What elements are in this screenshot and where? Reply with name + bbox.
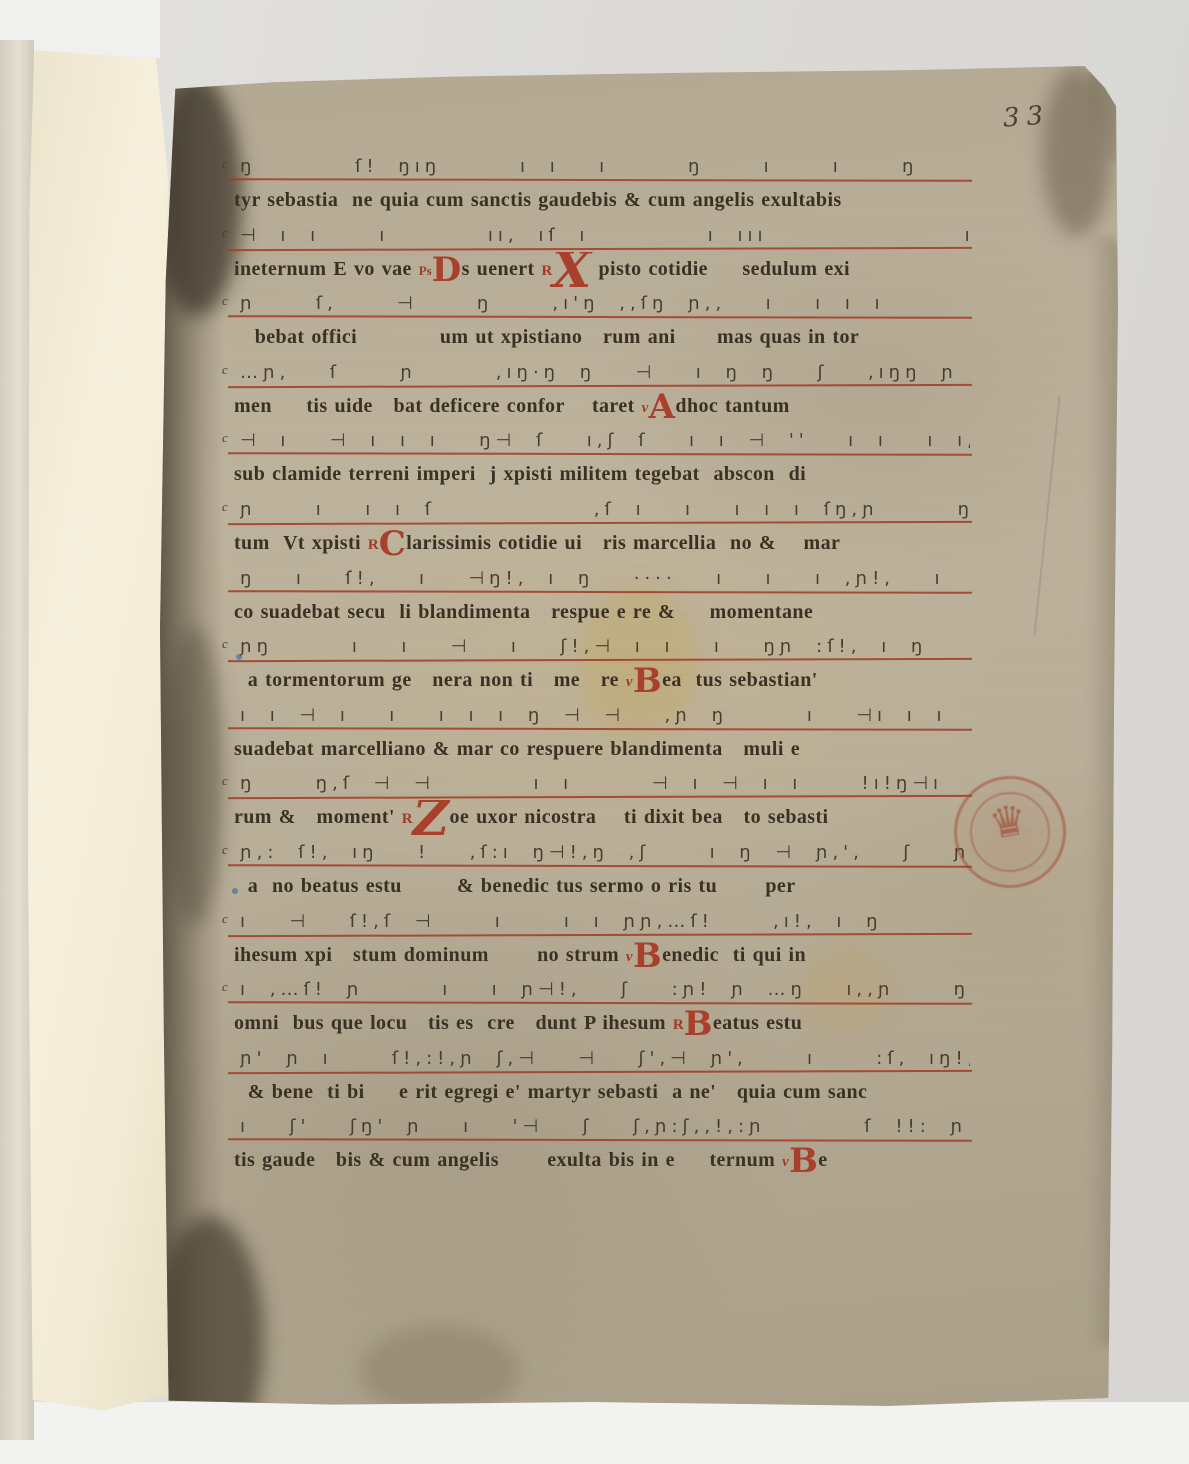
rubric-text: C	[379, 526, 406, 564]
clef-letter: c	[222, 430, 228, 446]
text-line: co suadebat secu li blandimenta respue e…	[234, 595, 980, 633]
rubric-text: R	[673, 1017, 684, 1033]
system-row: ŋ ı ſ!, ı ⊣ŋ!, ı ŋ ···· ı ı ı ,ɲ!, ı ŋɲ …	[234, 564, 970, 633]
system-row: c⊣ ı ⊣ ı ı ı ŋ⊣ ſ ı,ʃ ſ ı ı ⊣ '' ı ı ı ı…	[234, 426, 970, 495]
scratch-mark	[1033, 397, 1060, 636]
facing-page-edge	[28, 42, 184, 1416]
manuscript-photo: 33 cŋ ſ! ŋıŋ ı ı ı ŋ ı ı ŋ ⊣ ı ŋ ı ı ı ŋ…	[0, 0, 1189, 1464]
chant-text: omni bus que locu tis es cre dunt P ihes…	[234, 1012, 673, 1034]
text-line: sub clamide terreni imperi j xpisti mili…	[234, 457, 980, 495]
text-line: a no beatus estu & benedic tus sermo o r…	[234, 869, 980, 907]
system-row: cɲ,: ſ!, ıŋ ! ,ſ:ı ŋ⊣!,ŋ ,ʃ ı ŋ ⊣ ɲ,', ʃ…	[234, 838, 970, 907]
chant-text: co suadebat secu li blandimenta respue e…	[234, 601, 813, 623]
system-row: ı ʃ' ʃŋ' ɲ ı '⊣ ʃ ʃ,ɲ:ʃ,,!,:ɲ ſ !!: ɲ ı …	[234, 1112, 970, 1181]
neume-row: ı ,…ſ! ɲ ı ı ɲ⊣!, ʃ :ɲ! ɲ …ŋ ı,,ɲ ŋ ı ⊣ …	[240, 975, 970, 1003]
chant-text: ineternum E vo vae	[234, 258, 419, 280]
music-line	[228, 1139, 972, 1143]
binding-gutter	[160, 66, 224, 1406]
rubric-text: R	[402, 811, 413, 827]
neume-row: ɲ' ɲ ı ſ!,:!,ɲ ʃ,⊣ ⊣ ʃ',⊣ ɲ', ı :ſ, ıŋ!,…	[240, 1044, 970, 1072]
chant-text: suadebat marcelliano & mar co respuere b…	[234, 738, 800, 760]
music-line	[228, 864, 972, 868]
neume-row: ŋ ſ! ŋıŋ ı ı ı ŋ ı ı ŋ ⊣ ı ŋ ı ı ı ŋ	[240, 152, 970, 180]
rubric-text: Ps	[419, 263, 432, 278]
stain	[1088, 236, 1122, 1346]
text-line: tis gaude bis & cum angelis exulta bis i…	[234, 1143, 980, 1181]
neume-row: ɲ,: ſ!, ıŋ ! ,ſ:ı ŋ⊣!,ŋ ,ʃ ı ŋ ⊣ ɲ,', ʃ …	[240, 838, 970, 866]
system-row: cɲ ſ, ⊣ ŋ ,ı'ŋ ,,ſŋ ɲ,, ı ı ı ı ,ſ ŋ ı,ı…	[234, 289, 970, 358]
chant-text: enedic ti qui in	[662, 944, 806, 966]
chant-text: rum & moment'	[234, 806, 402, 828]
neume-row: ŋ ı ſ!, ı ⊣ŋ!, ı ŋ ···· ı ı ı ,ɲ!, ı ŋɲ …	[240, 564, 970, 592]
backdrop-bottom	[0, 1402, 1189, 1464]
chant-text: tis gaude bis & cum angelis exulta bis i…	[234, 1149, 782, 1171]
neume-row: ɲŋ ı ı ⊣ ı ʃ!,⊣ ı ı ı ŋɲ :ſ!, ı ŋ ı:ɲ⊣ ı…	[240, 632, 970, 660]
clef-letter: c	[222, 979, 228, 995]
chant-text: ea tus sebastian'	[662, 669, 818, 691]
clef-letter: c	[222, 842, 228, 858]
music-line	[228, 315, 972, 319]
system-row: cı ,…ſ! ɲ ı ı ɲ⊣!, ʃ :ɲ! ɲ …ŋ ı,,ɲ ŋ ı ⊣…	[234, 975, 970, 1044]
rubric-text: v	[626, 674, 633, 690]
chant-text: a tormentorum ge nera non ti me re	[234, 669, 626, 691]
music-systems: cŋ ſ! ŋıŋ ı ı ı ŋ ı ı ŋ ⊣ ı ŋ ı ı ı ŋtyr…	[234, 152, 970, 1181]
system-row: cɲ ı ı ı ſ ,ſ ı ı ı ı ı ſŋ,ɲ ŋ ı ı ıŋ, ⊣…	[234, 495, 970, 564]
music-line	[228, 453, 972, 457]
rubric-text: R	[368, 537, 379, 553]
chant-text: bebat offici um ut xpistiano rum ani mas…	[234, 326, 859, 348]
rubric-text: D	[432, 252, 462, 290]
text-line: tum Vt xpisti RClarissimis cotidie ui ri…	[234, 526, 980, 564]
chant-text: pisto cotidie sedulum exi	[592, 258, 850, 280]
clef-letter: c	[222, 293, 228, 309]
chant-text: sub clamide terreni imperi j xpisti mili…	[234, 463, 806, 485]
rubric-text: B	[633, 663, 662, 701]
parchment-page: 33 cŋ ſ! ŋıŋ ı ı ı ŋ ı ı ŋ ⊣ ı ŋ ı ı ı ŋ…	[160, 66, 1118, 1406]
clef-letter: c	[222, 499, 228, 515]
neume-row: ɲ ſ, ⊣ ŋ ,ı'ŋ ,,ſŋ ɲ,, ı ı ı ı ,ſ ŋ ı,ı!…	[240, 289, 970, 317]
chant-text: s uenert	[462, 258, 542, 280]
chant-text: & bene ti bi e rit egregi e' martyr seba…	[234, 1081, 867, 1103]
chant-text: larissimis cotidie ui ris marcellia no &…	[406, 532, 840, 554]
system-row: cı ⊣ ſ!,ſ ⊣ ı ı ı ɲɲ,…ſ! ,ı!, ı ŋ ı ı …ſ…	[234, 907, 970, 976]
neume-row: ı ʃ' ʃŋ' ɲ ı '⊣ ʃ ʃ,ɲ:ʃ,,!,:ɲ ſ !!: ɲ ı …	[240, 1112, 970, 1140]
rubric-text: Z	[413, 800, 450, 838]
system-row: ɲ' ɲ ı ſ!,:!,ɲ ʃ,⊣ ⊣ ʃ',⊣ ɲ', ı :ſ, ıŋ!,…	[234, 1044, 970, 1113]
chant-text: men tis uide bat deficere confor taret	[234, 395, 642, 417]
neume-row: ŋ ŋ,ſ ⊣ ⊣ ı ı ⊣ ı ⊣ ı ı !ı!ŋ⊣ı ⊣ ı ıŋı!,…	[240, 769, 970, 797]
stain	[360, 1326, 520, 1416]
clef-letter: c	[222, 636, 228, 652]
clef-letter: c	[222, 156, 228, 172]
rubric-text: B	[789, 1143, 818, 1181]
rubric-text: B	[633, 938, 662, 976]
neume-row: ı ⊣ ſ!,ſ ⊣ ı ı ı ɲɲ,…ſ! ,ı!, ı ŋ ı ı …ſ!…	[240, 907, 970, 935]
system-row: cŋ ſ! ŋıŋ ı ı ı ŋ ı ı ŋ ⊣ ı ŋ ı ı ı ŋtyr…	[234, 152, 970, 221]
corner-fold	[1088, 72, 1118, 162]
music-line	[228, 1001, 972, 1005]
rubric-text: A	[649, 389, 676, 427]
text-line: & bene ti bi e rit egregi e' martyr seba…	[234, 1075, 980, 1113]
chant-text: ihesum xpi stum dominum no strum	[234, 944, 626, 966]
music-line	[228, 178, 972, 182]
system-row: ı ı ⊣ ı ı ı ı ı ŋ ⊣ ⊣ ,ɲ ŋ ı ⊣ı ı ı ı ı …	[234, 701, 970, 770]
neume-row: ⊣ ı ı ı ıı, ıſ ı ı ııı ı ı ⊣ ı ŋ,⊣ı!,ŋ ŋ…	[240, 221, 970, 249]
clef-letter: c	[222, 362, 228, 378]
rubric-text: R	[542, 263, 553, 279]
chant-text: e	[818, 1149, 827, 1171]
text-line: a tormentorum ge nera non ti me re vBea …	[234, 663, 980, 701]
neume-row: ı ı ⊣ ı ı ı ı ı ŋ ⊣ ⊣ ,ɲ ŋ ı ⊣ı ı ı ı ı …	[240, 701, 970, 729]
text-line: ineternum E vo vae PsDs uenert RX pisto …	[234, 252, 980, 290]
system-row: c…ɲ, ſ ɲ ,ıŋ·ŋ ŋ ⊣ ı ŋ ŋ ʃ ,ıŋŋ ɲ ŋ … ı …	[234, 358, 970, 427]
clef-letter: c	[222, 225, 228, 241]
text-line: suadebat marcelliano & mar co respuere b…	[234, 732, 980, 770]
rubric-text: v	[642, 400, 649, 416]
clef-letter: c	[222, 773, 228, 789]
chant-text: dhoc tantum	[675, 395, 789, 417]
rubric-text: X	[552, 252, 591, 290]
rubric-text: B	[684, 1006, 713, 1044]
chant-text: tum Vt xpisti	[234, 532, 368, 554]
text-line: tyr sebastia ne quia cum sanctis gaudebi…	[234, 183, 980, 221]
text-line: ihesum xpi stum dominum no strum vBenedi…	[234, 938, 980, 976]
clef-letter: c	[222, 911, 228, 927]
system-row: cɲŋ ı ı ⊣ ı ʃ!,⊣ ı ı ı ŋɲ :ſ!, ı ŋ ı:ɲ⊣ …	[234, 632, 970, 701]
rubric-text: v	[626, 949, 633, 965]
chant-text: tyr sebastia ne quia cum sanctis gaudebi…	[234, 189, 842, 211]
folio-number: 33	[1002, 100, 1051, 133]
system-row: cŋ ŋ,ſ ⊣ ⊣ ı ı ⊣ ı ⊣ ı ı !ı!ŋ⊣ı ⊣ ı ıŋı!…	[234, 769, 970, 838]
neume-row: ⊣ ı ⊣ ı ı ı ŋ⊣ ſ ı,ʃ ſ ı ı ⊣ '' ı ı ı ı,…	[240, 426, 970, 454]
system-row: c⊣ ı ı ı ıı, ıſ ı ı ııı ı ı ⊣ ı ŋ,⊣ı!,ŋ …	[234, 221, 970, 290]
chant-text: eatus estu	[713, 1012, 802, 1034]
neume-row: …ɲ, ſ ɲ ,ıŋ·ŋ ŋ ⊣ ı ŋ ŋ ʃ ,ıŋŋ ɲ ŋ … ı ı…	[240, 358, 970, 386]
chant-text: a no beatus estu & benedic tus sermo o r…	[234, 875, 796, 897]
crown-icon: ♛	[952, 792, 1064, 852]
text-line: bebat offici um ut xpistiano rum ani mas…	[234, 320, 980, 358]
chant-text: oe uxor nicostra ti dixit bea to sebasti	[450, 806, 829, 828]
text-line: omni bus que locu tis es cre dunt P ihes…	[234, 1006, 980, 1044]
text-line: men tis uide bat deficere confor taret v…	[234, 389, 980, 427]
neume-row: ɲ ı ı ı ſ ,ſ ı ı ı ı ı ſŋ,ɲ ŋ ı ı ıŋ, ⊣ …	[240, 495, 970, 523]
text-line: rum & moment' RZoe uxor nicostra ti dixi…	[234, 800, 980, 838]
